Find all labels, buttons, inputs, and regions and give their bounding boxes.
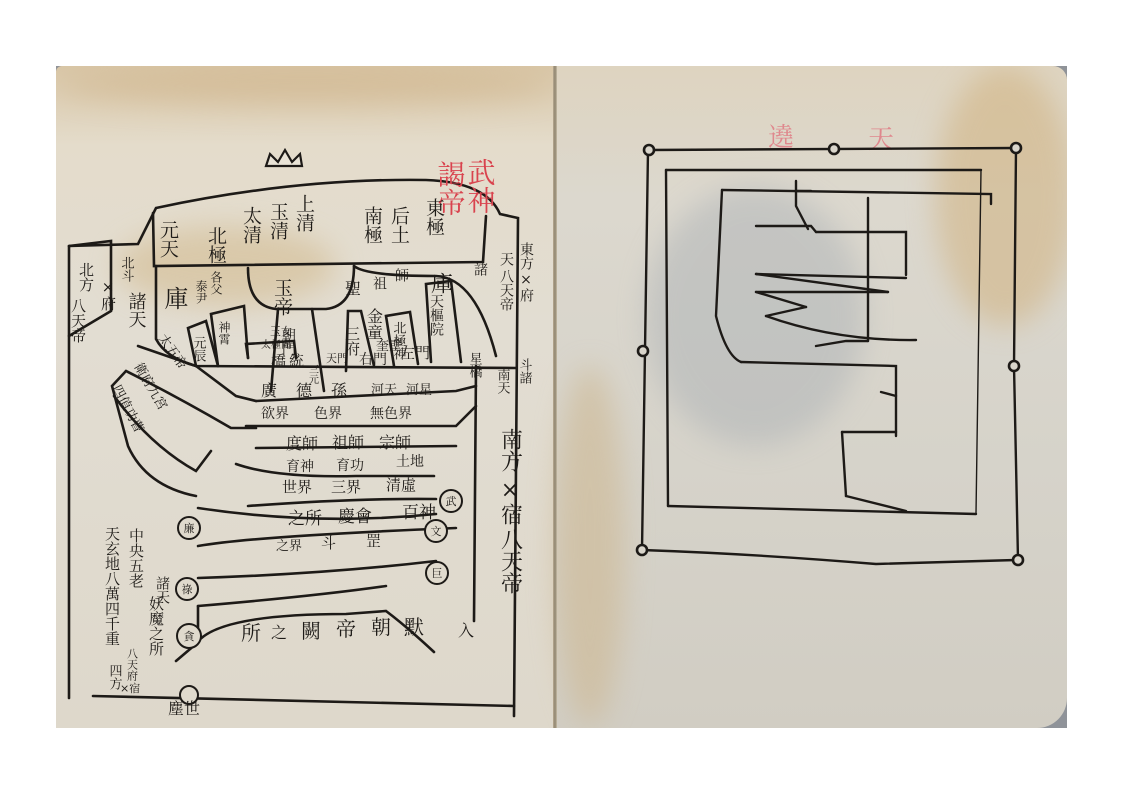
svg-text:元辰: 元辰 — [191, 336, 207, 362]
svg-text:育神: 育神 — [286, 458, 314, 475]
svg-text:神霄: 神霄 — [217, 320, 231, 345]
svg-text:×宿: ×宿 — [120, 681, 140, 695]
svg-text:斗: 斗 — [321, 534, 336, 552]
svg-text:金童: 金童 — [365, 308, 384, 340]
center-yudi: 玉帝 — [271, 278, 293, 316]
left-top-row: 元天 北極 太清 玉清 上清 南極 后土 東極 — [157, 194, 445, 264]
svg-text:八天帝: 八天帝 — [498, 528, 523, 594]
right-red-title-2: 天 — [868, 125, 894, 155]
svg-text:土地: 土地 — [396, 453, 424, 470]
svg-text:星橋: 星橋 — [467, 352, 483, 378]
svg-text:后土: 后土 — [388, 206, 410, 244]
svg-text:東方: 東方 — [518, 241, 534, 271]
svg-text:玉女: 玉女 — [270, 324, 292, 338]
svg-text:泰尹: 泰尹 — [194, 280, 208, 304]
svg-text:貪: 貪 — [184, 630, 196, 643]
svg-text:太五帝: 太五帝 — [155, 331, 190, 372]
svg-text:帝: 帝 — [336, 617, 356, 641]
svg-text:默: 默 — [404, 615, 424, 639]
svg-text:天玄地八萬四千重: 天玄地八萬四千重 — [103, 526, 121, 646]
svg-text:三界: 三界 — [331, 478, 361, 496]
svg-text:南天: 南天 — [495, 367, 511, 394]
svg-text:聖: 聖 — [343, 280, 362, 296]
svg-text:×府: ×府 — [99, 278, 117, 311]
svg-text:朝: 朝 — [371, 615, 391, 639]
svg-text:八天帝: 八天帝 — [69, 298, 87, 343]
svg-text:奎壁: 奎壁 — [376, 339, 402, 354]
svg-text:太極闕: 太極闕 — [261, 338, 291, 351]
svg-text:八天府: 八天府 — [126, 648, 139, 682]
svg-text:南方: 南方 — [498, 428, 523, 472]
svg-text:度師: 度師 — [286, 434, 318, 453]
svg-text:孫: 孫 — [331, 381, 348, 400]
west-column: 北方 ×府 八天帝 北斗 諸天 — [69, 256, 147, 343]
svg-text:師: 師 — [393, 268, 409, 282]
svg-text:武神: 武神 — [464, 158, 497, 214]
left-rows: 廣 德 孫 河天 河星 欲界 色界 無色界 度師 祖師 宗師 育神 育功 土地 … — [241, 381, 436, 645]
lower-left: 天玄地八萬四千重 中央五老 諸天 妖魔之所 八天府 四方 ×宿 — [103, 526, 170, 695]
svg-text:宗師: 宗師 — [379, 433, 411, 452]
svg-text:東極: 東極 — [423, 198, 445, 236]
crown-icon — [266, 150, 302, 166]
svg-text:闕: 闕 — [301, 619, 321, 643]
svg-text:右門: 右門 — [359, 352, 387, 368]
svg-text:天: 天 — [498, 252, 514, 266]
svg-text:武: 武 — [446, 494, 457, 508]
svg-text:廣: 廣 — [261, 381, 278, 400]
svg-text:罡: 罡 — [366, 532, 381, 550]
svg-text:之: 之 — [271, 623, 287, 642]
svg-text:北方: 北方 — [77, 262, 95, 293]
svg-text:世界: 世界 — [282, 478, 312, 496]
svg-text:諸: 諸 — [472, 261, 488, 276]
svg-text:各父: 各父 — [209, 271, 223, 295]
svg-text:中央五老: 中央五老 — [127, 528, 145, 588]
svg-text:河星: 河星 — [406, 383, 432, 398]
svg-text:天門: 天門 — [326, 352, 348, 365]
svg-text:元天: 元天 — [157, 220, 179, 258]
svg-text:統: 統 — [289, 352, 304, 370]
svg-text:之界: 之界 — [276, 539, 302, 554]
svg-text:×宿: ×宿 — [498, 478, 523, 525]
svg-text:無色界: 無色界 — [370, 406, 412, 422]
svg-text:德: 德 — [296, 381, 313, 400]
svg-text:祖: 祖 — [371, 276, 387, 290]
svg-text:文: 文 — [431, 525, 442, 538]
svg-text:北極: 北極 — [205, 226, 227, 264]
svg-text:清虛: 清虛 — [386, 476, 416, 494]
manuscript-drawing: 武神 謁帝 元天 北極 太清 玉清 上清 南極 后土 東極 玉帝 朝門 庫 泰尹… — [56, 66, 1067, 728]
svg-text:之所: 之所 — [288, 509, 322, 529]
svg-text:妖魔之所: 妖魔之所 — [147, 595, 165, 656]
svg-text:河天: 河天 — [371, 383, 397, 398]
svg-text:天樞院: 天樞院 — [428, 294, 444, 337]
svg-text:南極: 南極 — [361, 206, 383, 244]
svg-text:育功: 育功 — [336, 457, 364, 474]
svg-text:慶會: 慶會 — [338, 507, 372, 527]
svg-text:巨: 巨 — [432, 567, 443, 580]
manuscript-photo: 武神 謁帝 元天 北極 太清 玉清 上清 南極 后土 東極 玉帝 朝門 庫 泰尹… — [56, 66, 1067, 728]
svg-text:衛府九宮: 衛府九宮 — [131, 360, 171, 413]
svg-text:橋: 橋 — [271, 352, 286, 370]
svg-text:庫: 庫 — [160, 286, 188, 310]
entry-label: 入 — [458, 621, 474, 640]
svg-text:八天帝: 八天帝 — [498, 269, 514, 311]
svg-text:欲界: 欲界 — [261, 406, 289, 422]
svg-text:玉清: 玉清 — [267, 202, 289, 240]
svg-text:廉: 廉 — [184, 521, 195, 535]
svg-text:百神: 百神 — [402, 503, 436, 523]
svg-text:色界: 色界 — [314, 406, 342, 422]
svg-text:庫: 庫 — [428, 272, 453, 294]
svg-text:祖師: 祖師 — [332, 433, 364, 452]
svg-text:左門: 左門 — [400, 344, 430, 362]
svg-text:四值功曹: 四值功曹 — [108, 382, 147, 435]
svg-text:斗諸: 斗諸 — [517, 357, 533, 384]
svg-text:上清: 上清 — [293, 194, 315, 232]
svg-text:北斗: 北斗 — [119, 256, 135, 282]
svg-text:諸天: 諸天 — [126, 292, 147, 328]
bottom-label-chenshi: 塵世 — [168, 699, 200, 718]
svg-text:太清: 太清 — [240, 206, 262, 244]
svg-text:×府: ×府 — [518, 272, 534, 302]
svg-text:祿: 祿 — [182, 582, 193, 596]
svg-text:所: 所 — [241, 621, 261, 645]
right-diagram-lines — [642, 148, 1018, 564]
